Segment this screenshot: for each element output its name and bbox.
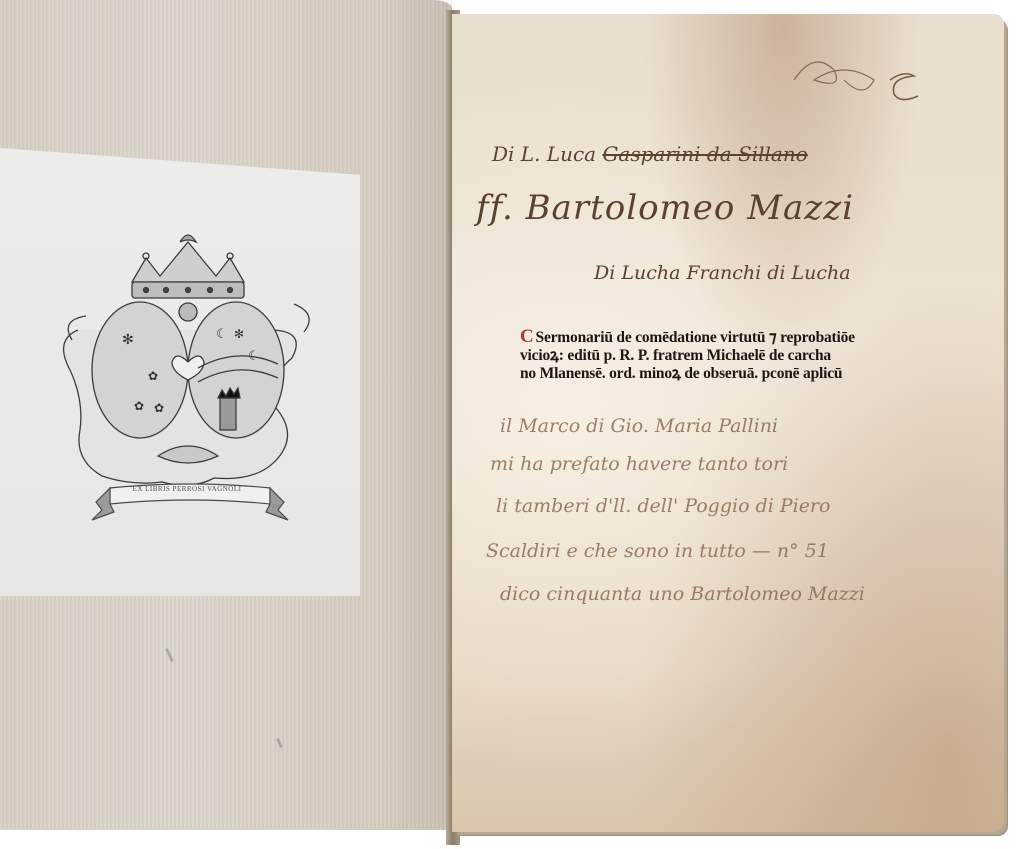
bookplate-motto: EX LIBRIS PERROSI VAGNOLI <box>112 485 262 493</box>
ownership-inscription-franchi: Di Lucha Franchi di Lucha <box>594 262 851 284</box>
note-line-3: li tamberi d'll. dell' Poggio di Piero <box>496 488 830 525</box>
note-line-1: il Marco di Gio. Maria Pallini <box>500 408 778 445</box>
open-book-photo: ✻ ✻ ☾ ☾ ✿ ✿ ✿ EX LIBRIS PERROSI VAGNOLI … <box>0 0 1024 849</box>
ownership-inscription-mazzi: ff. Bartolomeo Mazzi <box>476 188 854 228</box>
struck-ownership-inscription: Di L. Luca Gasparini da Sillano <box>492 142 808 166</box>
svg-text:✻: ✻ <box>122 332 134 348</box>
svg-text:✻: ✻ <box>234 327 244 341</box>
printed-title-line-2: vicioꝝ: editū p. R. P. fratrem Michaelē … <box>520 347 915 365</box>
svg-text:☾: ☾ <box>248 349 260 364</box>
coat-of-arms-bookplate: ✻ ✻ ☾ ☾ ✿ ✿ ✿ <box>48 220 328 550</box>
inscription-struck-name: Gasparini da Sillano <box>602 142 807 166</box>
note-line-5: dico cinquanta uno Bartolomeo Mazzi <box>500 576 865 613</box>
coat-of-arms-icon: ✻ ✻ ☾ ☾ ✿ ✿ ✿ <box>48 220 328 550</box>
svg-text:✿: ✿ <box>148 369 158 383</box>
printed-title: CSermonariū de comēdatione virtutū ⁊ rep… <box>520 328 915 383</box>
inscription-prefix: Di L. Luca <box>492 142 596 166</box>
note-line-2: mi ha prefato havere tanto tori <box>490 446 788 483</box>
pen-flourish-icon <box>790 40 940 110</box>
printed-title-line-1: CSermonariū de comēdatione virtutū ⁊ rep… <box>520 328 915 347</box>
engraver-signature: Lion <box>272 505 281 510</box>
svg-text:✿: ✿ <box>154 401 164 415</box>
note-line-4: Scaldiri e che sono in tutto — n° 51 <box>486 533 829 570</box>
rubricated-initial: C <box>520 326 534 347</box>
printed-title-line-3: no Mlanensē. ord. minoꝝ de obseruā. pcon… <box>520 365 915 383</box>
svg-text:☾: ☾ <box>216 327 228 342</box>
svg-text:✿: ✿ <box>134 399 144 413</box>
